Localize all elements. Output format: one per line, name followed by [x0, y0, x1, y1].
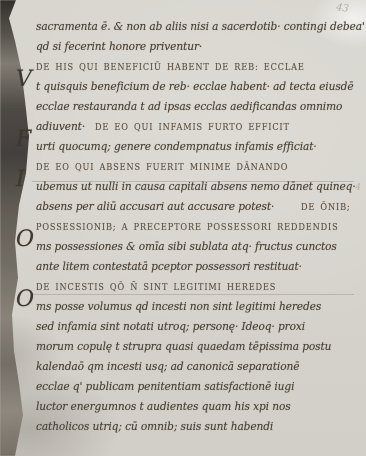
folio-number: 43	[336, 2, 350, 15]
manuscript-line: morum copulę t strupra quasi quaedam tēp…	[36, 335, 358, 355]
manuscript-line: sed infamia sint notati utroq; personę· …	[36, 315, 358, 335]
manuscript-line: Vt quisquis beneficium de reb· ecclae ha…	[36, 75, 358, 95]
line-text: qd si fecerint honore priventur·	[36, 36, 202, 56]
line-text: morum copulę t strupra quasi quaedam tēp…	[36, 336, 331, 356]
manuscript-line: kalendaō qm incesti usq; ad canonicā sep…	[36, 355, 358, 375]
line-text: luctor energumnos t audientes quam his x…	[36, 396, 291, 416]
line-text: kalendaō qm incesti usq; ad canonicā sep…	[36, 356, 299, 376]
text-block: sacramenta ē. & non ab aliis nisi a sace…	[36, 15, 358, 435]
line-text: ecclae restauranda t ad ipsas ecclas aed…	[36, 96, 342, 116]
initial-letter: O	[16, 230, 34, 250]
line-text: t quisquis beneficium de reb· ecclae hab…	[36, 76, 354, 96]
manuscript-line: adiuvent·DE EO QUI INFAMIS FURTO EFFICIT	[36, 115, 358, 135]
manuscript-line: luctor energumnos t audientes quam his x…	[36, 395, 358, 415]
line-text: urti quocumq; genere condempnatus infami…	[36, 136, 317, 156]
rubric-line: DE INCESTIS QŌ Ñ SINT LEGITIMI HEREDES	[36, 275, 358, 295]
line-text: ubemus ut nulli in causa capitali absens…	[36, 176, 356, 196]
rubric-line: DE EO QUI ABSENS FUERIT MINIME DĀNANDO	[36, 155, 358, 175]
initial-letter: F	[16, 130, 31, 150]
manuscript-line: catholicos utriq; cū omnib; suis sunt ha…	[36, 415, 358, 435]
line-text: ms possessiones & omīa sibi sublata atq·…	[36, 236, 337, 256]
initial-letter: I	[16, 170, 25, 190]
initial-letter: O	[16, 290, 34, 310]
line-text: ms posse volumus qd incesti non sint leg…	[36, 296, 321, 316]
manuscript-line: Furti quocumq; genere condempnatus infam…	[36, 135, 358, 155]
line-text: sacramenta ē. & non ab aliis nisi a sace…	[36, 16, 365, 36]
rubric-line: DE HIS QUI BENEFICIŪ HABENT DE REB: ECCL…	[36, 55, 358, 75]
manuscript-page: 43 4 sacramenta ē. & non ab aliis nisi a…	[0, 0, 366, 456]
line-text: ante litem contestatā pceptor possessori…	[36, 256, 302, 276]
manuscript-line: Oms possessiones & omīa sibi sublata atq…	[36, 235, 358, 255]
manuscript-line: Oms posse volumus qd incesti non sint le…	[36, 295, 358, 315]
manuscript-line: ante litem contestatā pceptor possessori…	[36, 255, 358, 275]
manuscript-line: sacramenta ē. & non ab aliis nisi a sace…	[36, 15, 358, 35]
line-text: catholicos utriq; cū omnib; suis sunt ha…	[36, 416, 273, 436]
manuscript-line: qd si fecerint honore priventur·	[36, 35, 358, 55]
line-text: sed infamia sint notati utroq; personę· …	[36, 316, 305, 336]
initial-letter: V	[16, 70, 32, 90]
line-text: adiuvent·	[36, 116, 85, 136]
line-text: absens per aliū accusari aut accusare po…	[36, 196, 274, 216]
manuscript-line: ecclae restauranda t ad ipsas ecclas aed…	[36, 95, 358, 115]
line-text: ecclae q' publicam penitentiam satisfact…	[36, 376, 294, 396]
manuscript-line: absens per aliū accusari aut accusare po…	[36, 195, 358, 215]
rubric-line: POSSESSIONIB; A PRECEPTORE POSSESSORI RE…	[36, 215, 358, 235]
manuscript-line: Iubemus ut nulli in causa capitali absen…	[36, 175, 358, 195]
manuscript-line: ecclae q' publicam penitentiam satisfact…	[36, 375, 358, 395]
